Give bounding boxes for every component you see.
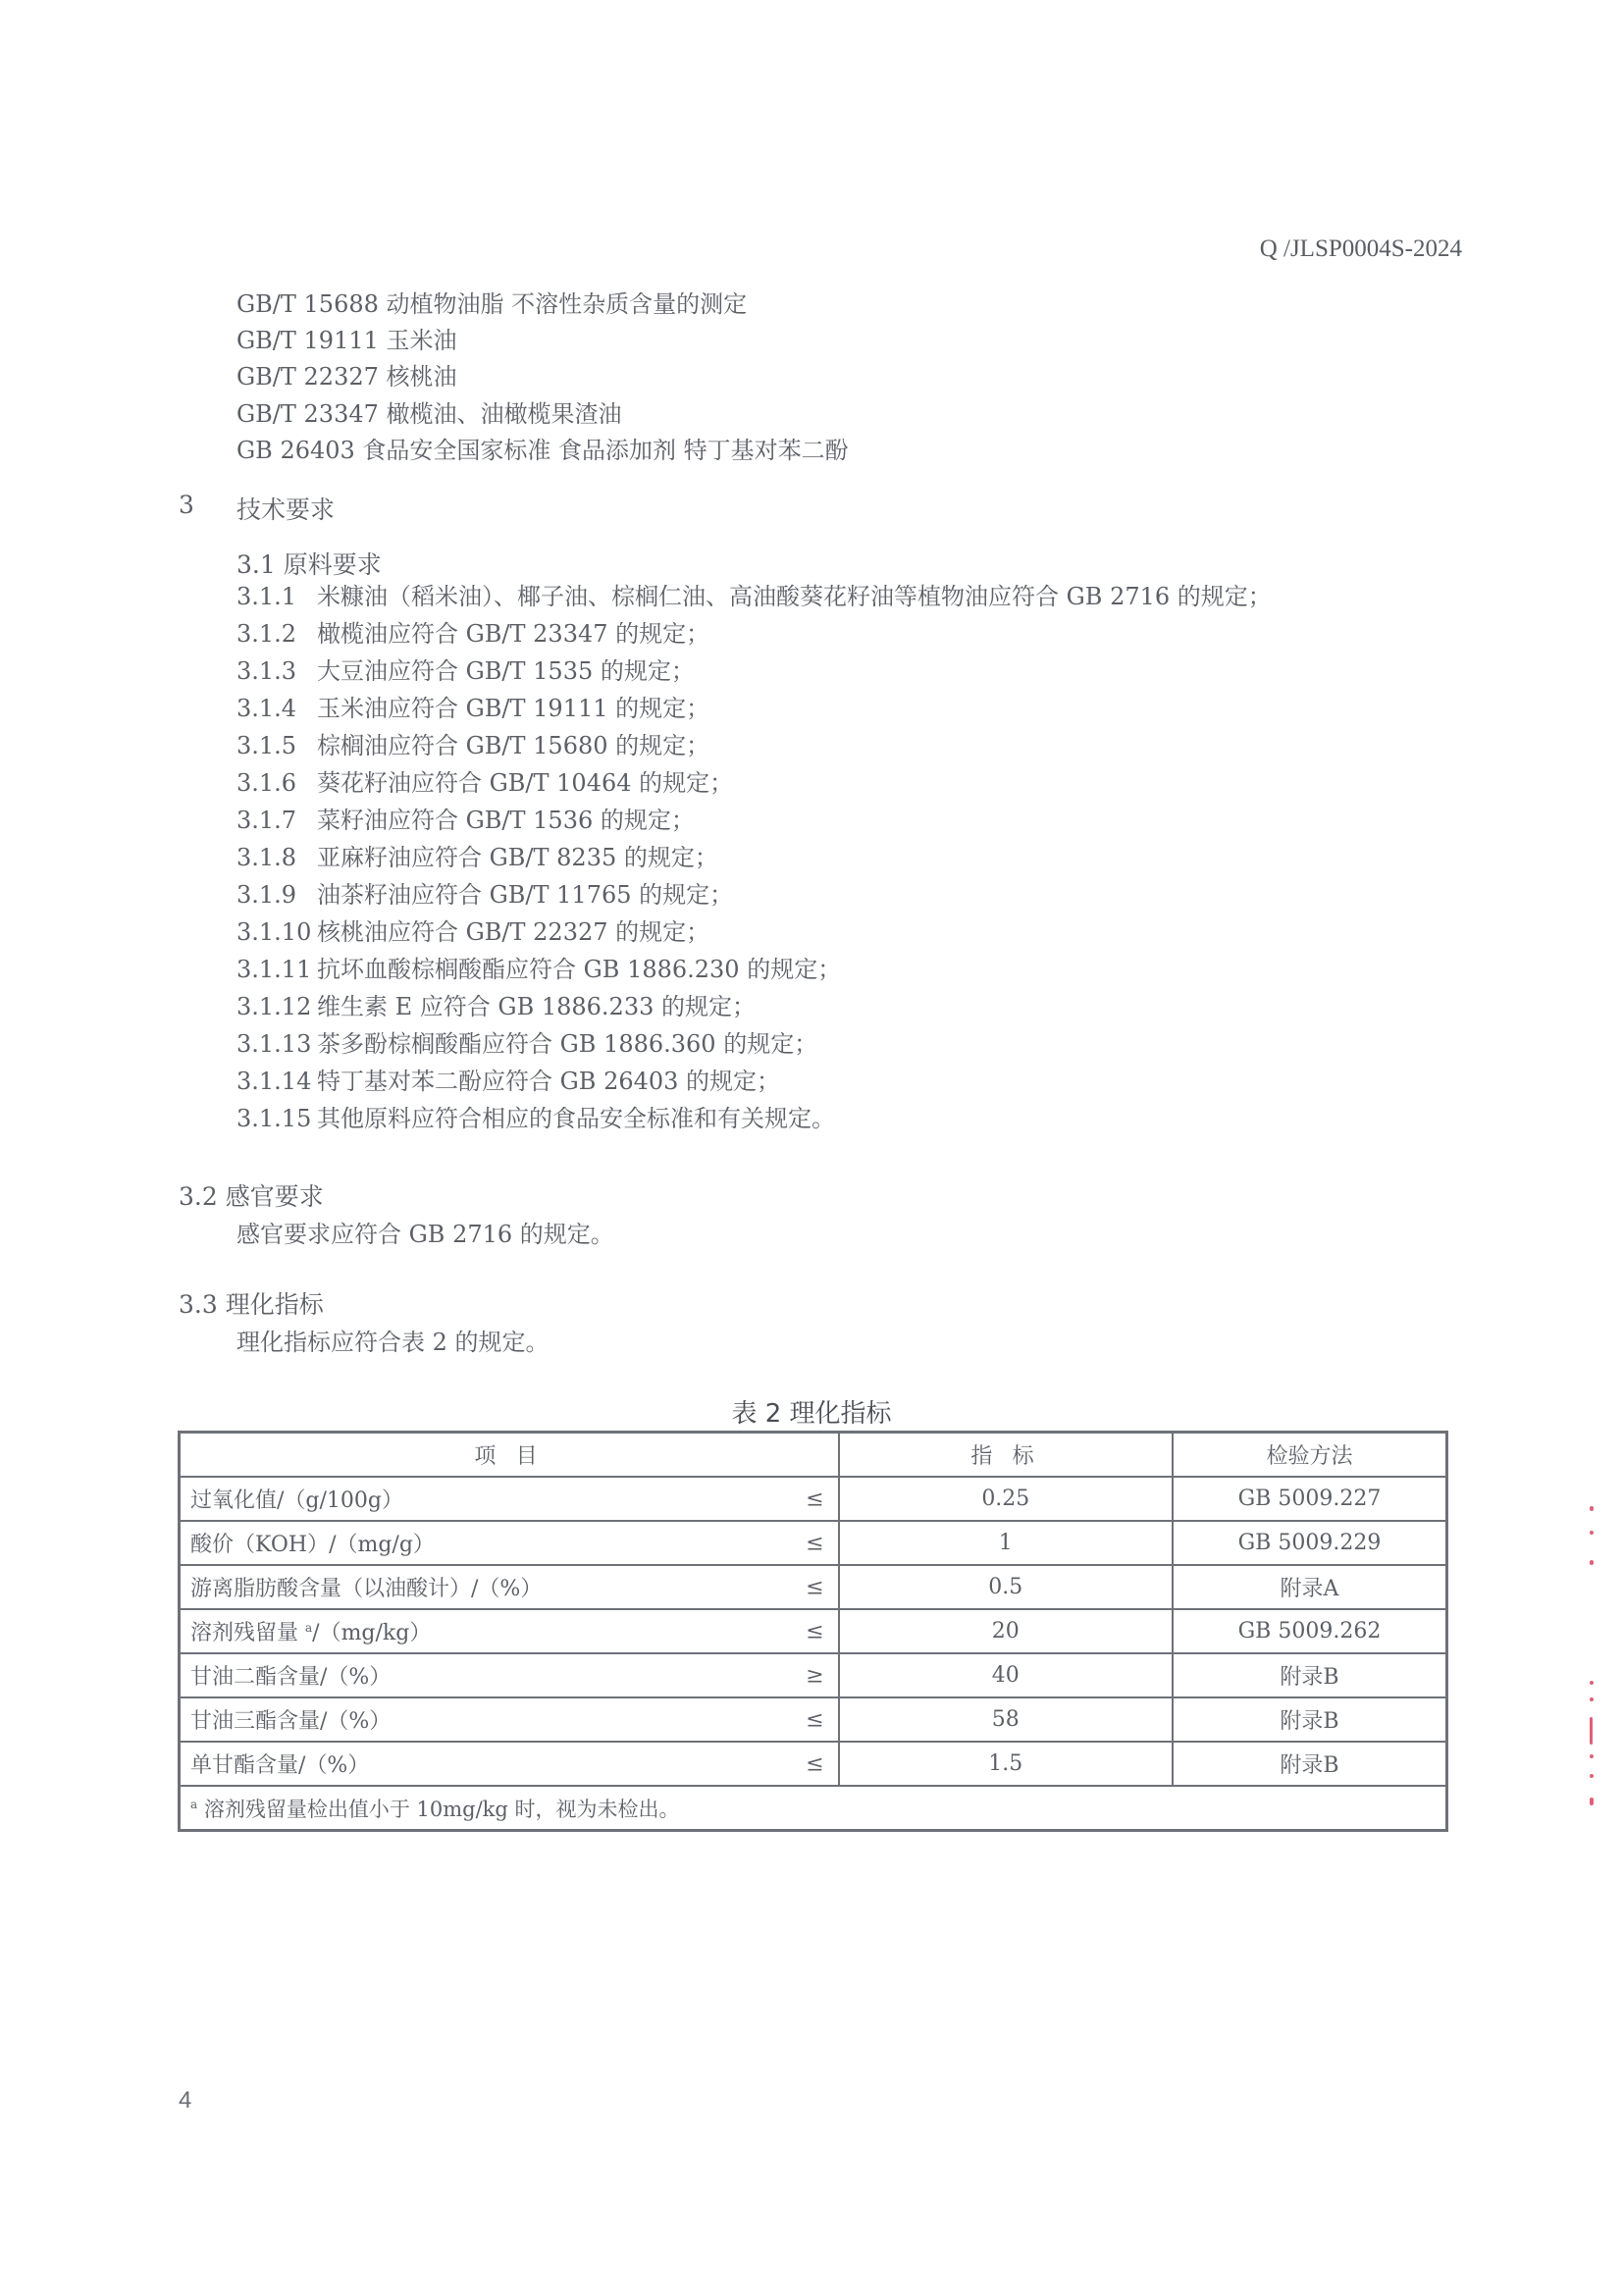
table-row: 游离脂肪酸含量（以油酸计）/（%）≤ 0.5 附录A <box>180 1565 1447 1609</box>
reference-item: GB/T 22327 核桃油 <box>236 359 457 394</box>
table-row: 甘油三酯含量/（%）≤ 58 附录B <box>180 1697 1447 1742</box>
method-cell: GB 5009.227 <box>1173 1477 1447 1521</box>
method-cell: GB 5009.262 <box>1173 1609 1447 1653</box>
section-3-3-heading: 3.3 理化指标 <box>179 1285 324 1321</box>
table-row: 单甘酯含量/（%）≤ 1.5 附录B <box>180 1742 1447 1786</box>
value-cell: 0.5 <box>839 1565 1173 1609</box>
stamp-mark <box>1590 1798 1594 1805</box>
method-cell: 附录B <box>1173 1697 1447 1742</box>
stamp-mark <box>1590 1681 1594 1685</box>
list-item: 3.1.4玉米油应符合 GB/T 19111 的规定； <box>236 691 709 728</box>
list-item: 3.1.6葵花籽油应符合 GB/T 10464 的规定； <box>236 765 733 803</box>
header-value: 指 标 <box>839 1433 1173 1478</box>
table-caption: 表 2 理化指标 <box>0 1393 1623 1430</box>
item-cell: 酸价（KOH）/（mg/g）≤ <box>180 1521 839 1565</box>
table-row: 酸价（KOH）/（mg/g）≤ 1 GB 5009.229 <box>180 1521 1447 1565</box>
method-cell: 附录B <box>1173 1653 1447 1697</box>
value-cell: 1 <box>839 1521 1173 1565</box>
table-footnote: a 溶剂残留量检出值小于 10mg/kg 时，视为未检出。 <box>180 1786 1447 1831</box>
header-method: 检验方法 <box>1173 1433 1447 1478</box>
list-item: 3.1.11抗坏血酸棕榈酸酯应符合 GB 1886.230 的规定； <box>236 952 841 989</box>
section-3-2-text: 感官要求应符合 GB 2716 的规定。 <box>236 1215 614 1249</box>
table-row: 甘油二酯含量/（%）≥ 40 附录B <box>180 1653 1447 1697</box>
list-item: 3.1.14特丁基对苯二酚应符合 GB 26403 的规定； <box>236 1064 780 1101</box>
reference-item: GB 26403 食品安全国家标准 食品添加剂 特丁基对苯二酚 <box>236 433 849 468</box>
item-cell: 游离脂肪酸含量（以油酸计）/（%）≤ <box>180 1565 839 1609</box>
stamp-mark <box>1590 1717 1593 1745</box>
table-header-row: 项 目 指 标 检验方法 <box>180 1433 1447 1478</box>
comparison-symbol: ≤ <box>806 1575 823 1599</box>
list-item: 3.1.1米糠油（稻米油）、椰子油、棕榈仁油、高油酸葵花籽油等植物油应符合 GB… <box>236 579 1272 616</box>
section-3-title: 技术要求 <box>236 491 335 526</box>
list-item: 3.1.5棕榈油应符合 GB/T 15680 的规定； <box>236 728 709 765</box>
section-3-number: 3 <box>179 491 194 519</box>
value-cell: 1.5 <box>839 1742 1173 1786</box>
stamp-mark <box>1590 1697 1594 1701</box>
list-item: 3.1.10核桃油应符合 GB/T 22327 的规定； <box>236 914 709 952</box>
method-cell: 附录A <box>1173 1565 1447 1609</box>
section-3-3-text: 理化指标应符合表 2 的规定。 <box>236 1323 550 1357</box>
item-cell: 过氧化值/（g/100g）≤ <box>180 1477 839 1521</box>
table-footnote-row: a 溶剂残留量检出值小于 10mg/kg 时，视为未检出。 <box>180 1786 1447 1831</box>
comparison-symbol: ≤ <box>806 1531 823 1555</box>
list-item: 3.1.7菜籽油应符合 GB/T 1536 的规定； <box>236 803 695 840</box>
list-item: 3.1.12维生素 E 应符合 GB 1886.233 的规定； <box>236 989 756 1026</box>
item-cell: 甘油三酯含量/（%）≤ <box>180 1697 839 1742</box>
list-item: 3.1.15其他原料应符合相应的食品安全标准和有关规定。 <box>236 1101 835 1138</box>
value-cell: 0.25 <box>839 1477 1173 1521</box>
document-code: Q /JLSP0004S-2024 <box>1260 235 1462 263</box>
table-row: 溶剂残留量 a/（mg/kg）≤ 20 GB 5009.262 <box>180 1609 1447 1653</box>
reference-item: GB/T 19111 玉米油 <box>236 323 457 358</box>
comparison-symbol: ≤ <box>806 1707 823 1732</box>
reference-item: GB/T 23347 橄榄油、油橄榄果渣油 <box>236 396 622 432</box>
stamp-mark <box>1590 1531 1594 1535</box>
header-item: 项 目 <box>180 1433 839 1478</box>
section-3-2-heading: 3.2 感官要求 <box>179 1177 324 1213</box>
method-cell: GB 5009.229 <box>1173 1521 1447 1565</box>
stamp-mark <box>1590 1506 1594 1511</box>
section-3-1-heading: 3.1 原料要求 <box>236 546 382 581</box>
list-item: 3.1.9油茶籽油应符合 GB/T 11765 的规定； <box>236 877 733 914</box>
list-item: 3.1.8亚麻籽油应符合 GB/T 8235 的规定； <box>236 840 718 877</box>
comparison-symbol: ≤ <box>806 1619 823 1644</box>
reference-item: GB/T 15688 动植物油脂 不溶性杂质含量的测定 <box>236 287 747 322</box>
item-cell: 单甘酯含量/（%）≤ <box>180 1742 839 1786</box>
comparison-symbol: ≥ <box>806 1663 823 1688</box>
page-number: 4 <box>179 2087 191 2114</box>
list-item: 3.1.13茶多酚棕榈酸酯应符合 GB 1886.360 的规定； <box>236 1026 817 1064</box>
list-item: 3.1.3大豆油应符合 GB/T 1535 的规定； <box>236 653 695 691</box>
table-row: 过氧化值/（g/100g）≤ 0.25 GB 5009.227 <box>180 1477 1447 1521</box>
list-item: 3.1.2橄榄油应符合 GB/T 23347 的规定； <box>236 616 709 653</box>
stamp-mark <box>1590 1754 1594 1758</box>
value-cell: 40 <box>839 1653 1173 1697</box>
method-cell: 附录B <box>1173 1742 1447 1786</box>
comparison-symbol: ≤ <box>806 1751 823 1776</box>
stamp-mark <box>1590 1774 1594 1778</box>
value-cell: 58 <box>839 1697 1173 1742</box>
stamp-mark <box>1590 1560 1594 1565</box>
physicochemical-table: 项 目 指 标 检验方法 过氧化值/（g/100g）≤ 0.25 GB 5009… <box>178 1431 1448 1832</box>
value-cell: 20 <box>839 1609 1173 1653</box>
item-cell: 甘油二酯含量/（%）≥ <box>180 1653 839 1697</box>
item-cell: 溶剂残留量 a/（mg/kg）≤ <box>180 1609 839 1653</box>
comparison-symbol: ≤ <box>806 1487 823 1511</box>
